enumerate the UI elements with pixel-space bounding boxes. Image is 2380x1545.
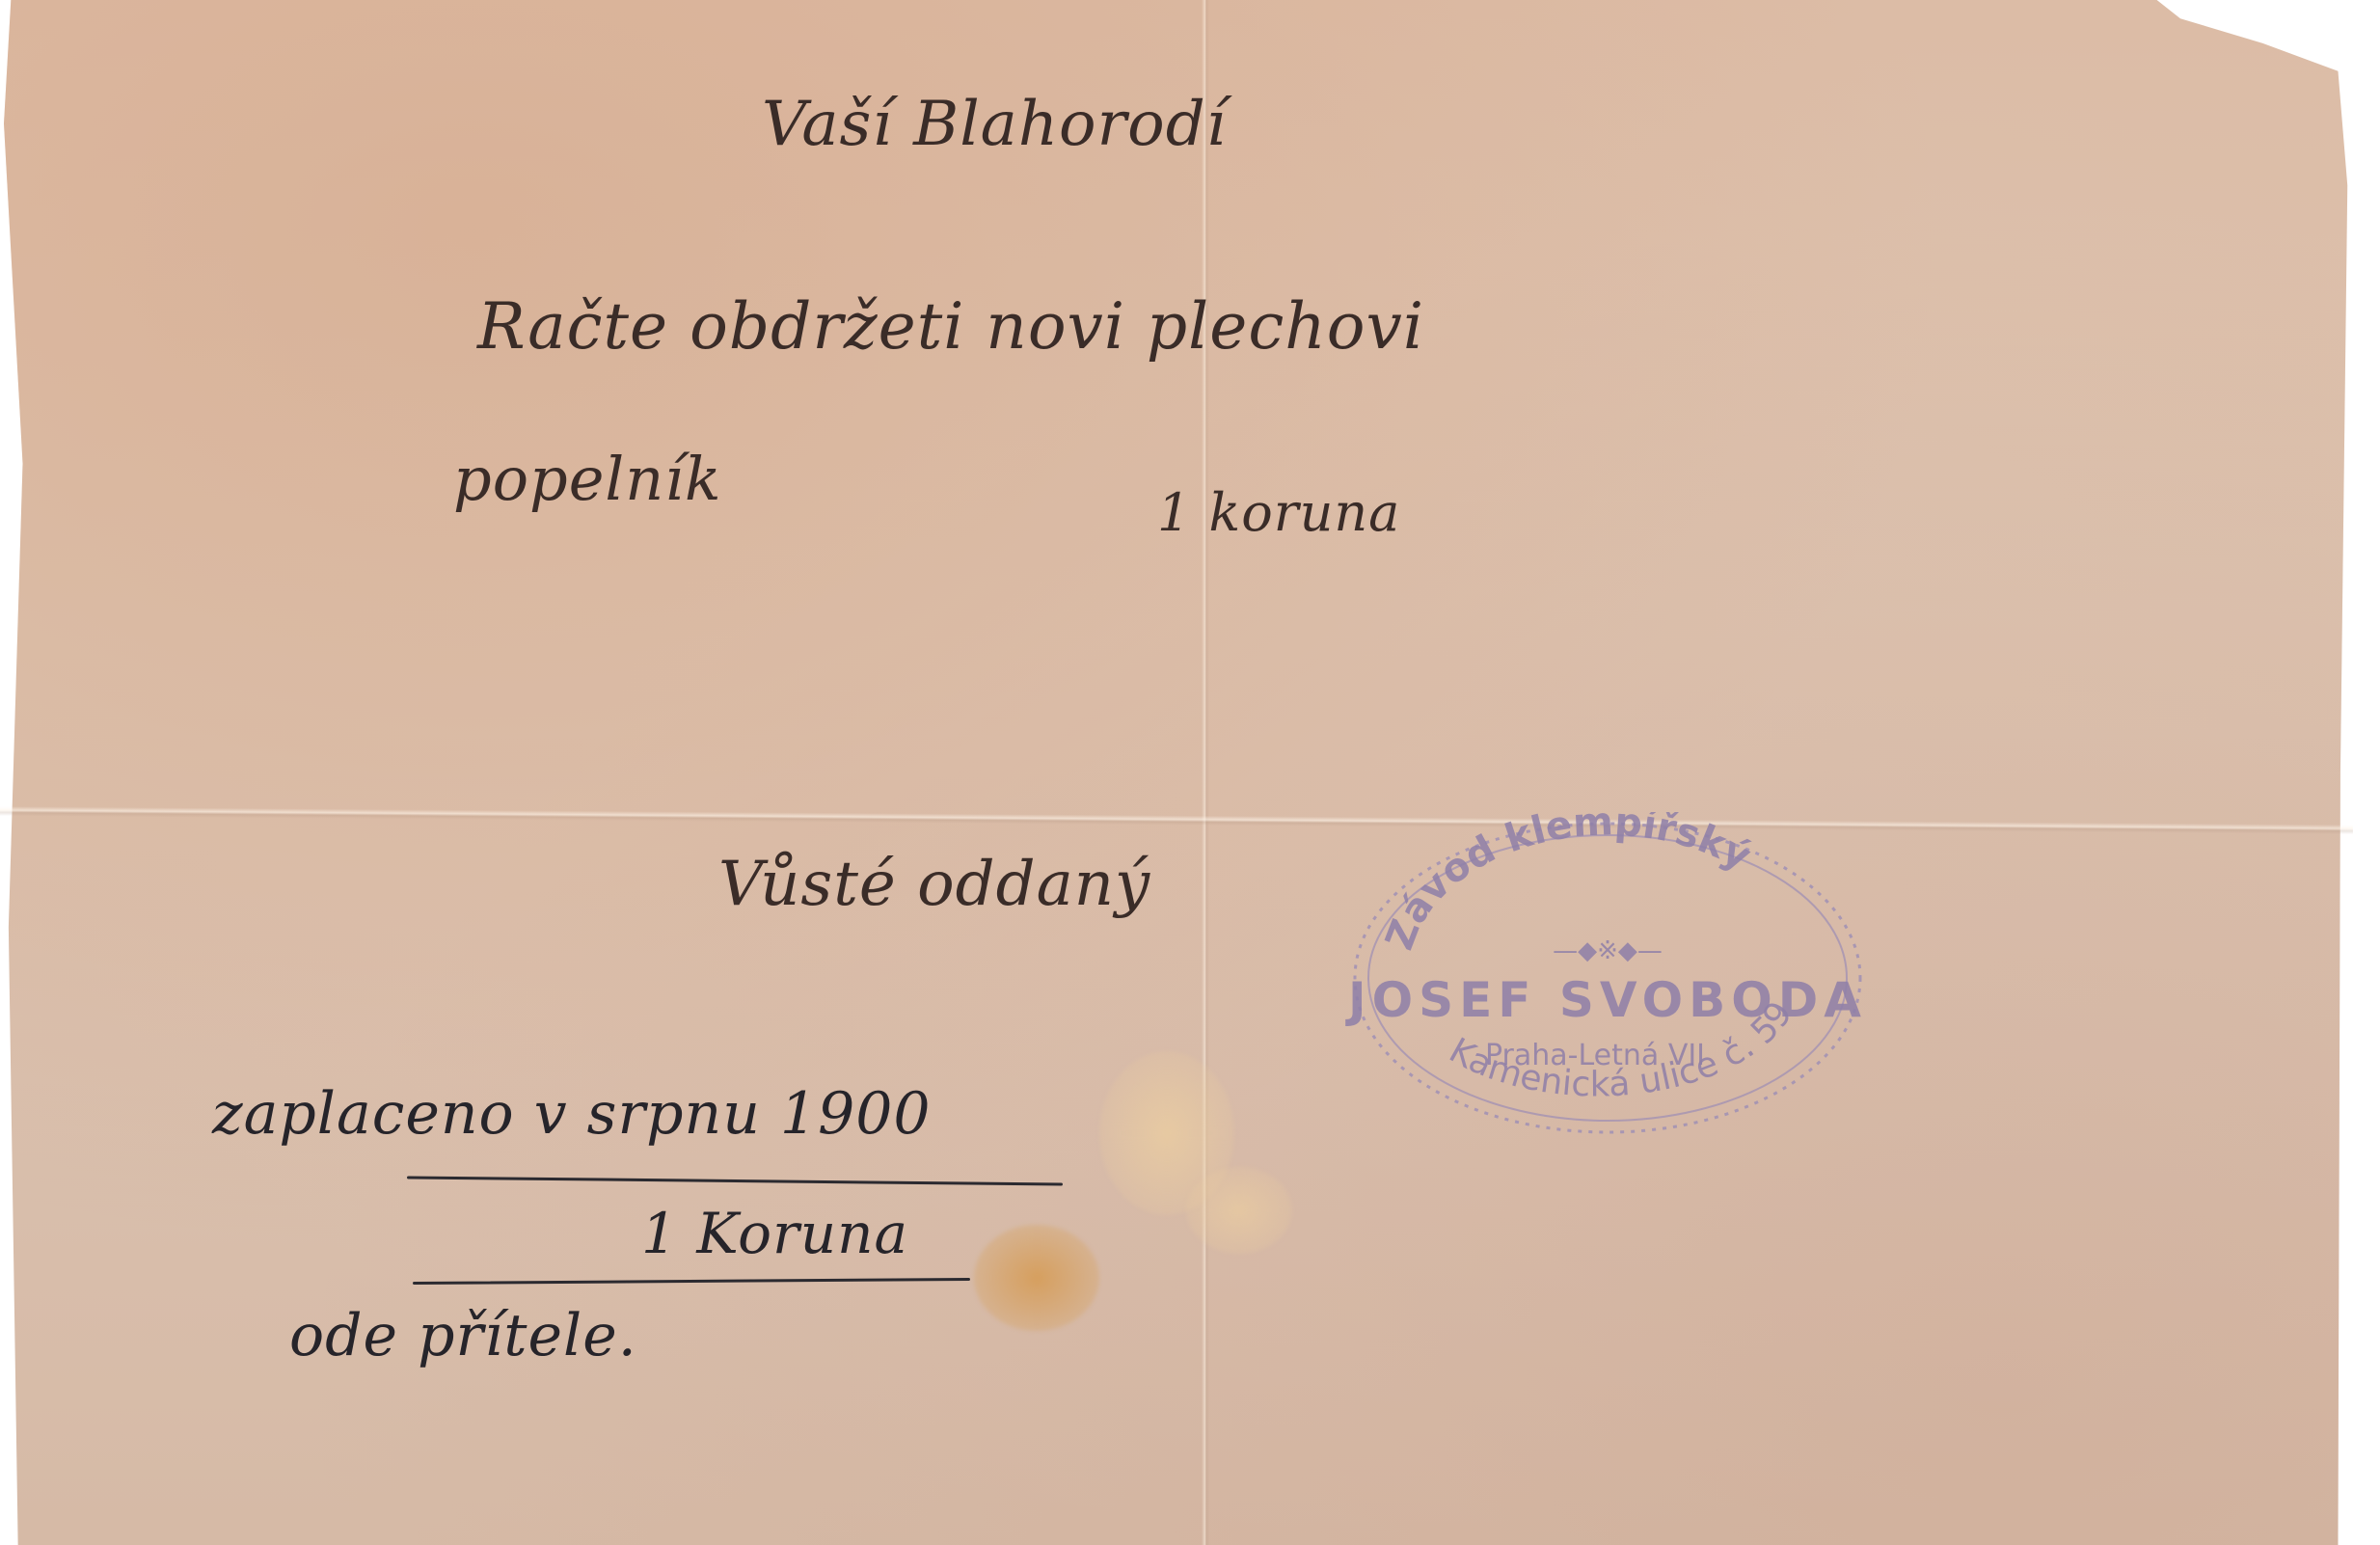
stamp-ornament: —◆※◆— bbox=[1553, 936, 1663, 965]
scan-background: Vaší Blahorodí Račte obdržeti novi plech… bbox=[0, 0, 2380, 1545]
salutation: Vaší Blahorodí bbox=[762, 89, 1227, 160]
vertical-fold-crease bbox=[1202, 0, 1209, 1545]
stamp-oval-icon: Závod klempířský —◆※◆— JOSEF SVOBODA Pra… bbox=[1342, 812, 1873, 1145]
closing-phrase: Vůsté oddaný bbox=[718, 849, 1150, 920]
signature: ode přítele. bbox=[289, 1302, 637, 1369]
stamp-top-arc: Závod klempířský bbox=[1377, 812, 1757, 956]
body-line-1: Račte obdržeti novi plechovi bbox=[477, 289, 1424, 364]
company-stamp: Závod klempířský —◆※◆— JOSEF SVOBODA Pra… bbox=[1342, 812, 1873, 1145]
water-stain bbox=[1186, 1167, 1292, 1254]
water-stain bbox=[974, 1225, 1099, 1331]
item-name: popelník bbox=[453, 444, 722, 514]
payment-note: zaplaceno v srpnu 1900 bbox=[212, 1080, 932, 1148]
payment-amount: 1 Koruna bbox=[641, 1201, 908, 1266]
item-price: 1 koruna bbox=[1157, 482, 1400, 543]
